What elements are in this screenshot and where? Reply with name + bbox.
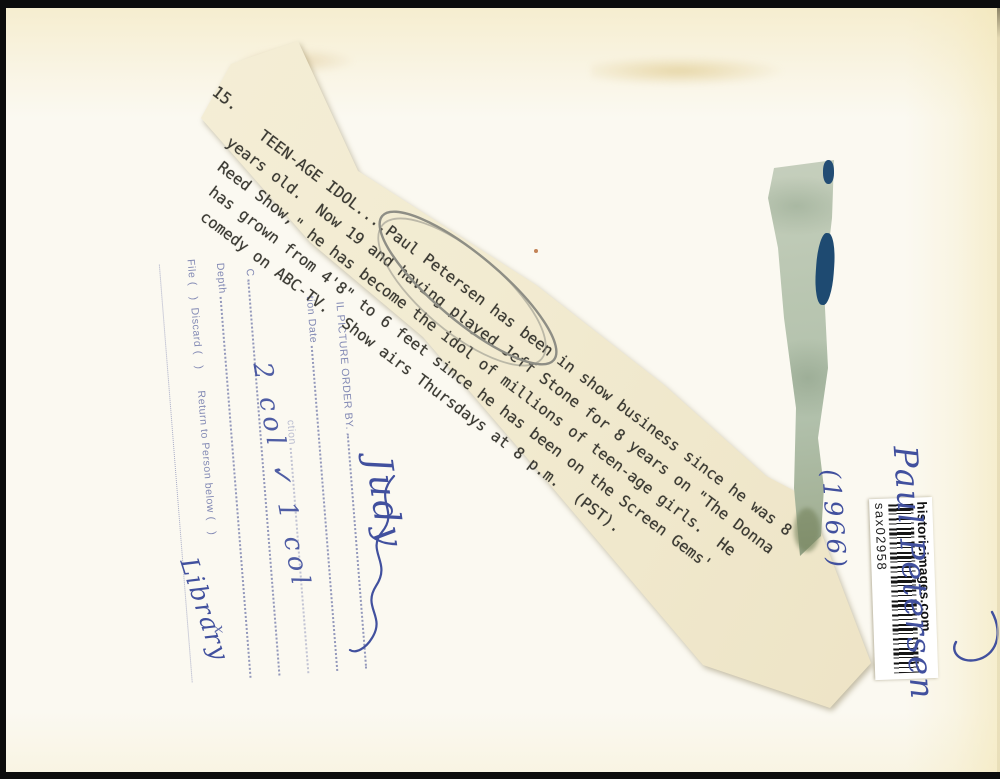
pencil-circle-annotation (336, 206, 606, 386)
navy-paint-blob (823, 160, 834, 184)
photo-back-page: IL PICTURE ORDER BY. tion Date ction C D… (6, 8, 1000, 772)
ink-flourish-curl (942, 608, 1000, 670)
photo-back-scan: { "photo_back": { "caption_slip": { "num… (0, 0, 1000, 779)
subject-year: (1966) (806, 400, 865, 707)
subject-name: Paul Petersen (886, 444, 943, 701)
